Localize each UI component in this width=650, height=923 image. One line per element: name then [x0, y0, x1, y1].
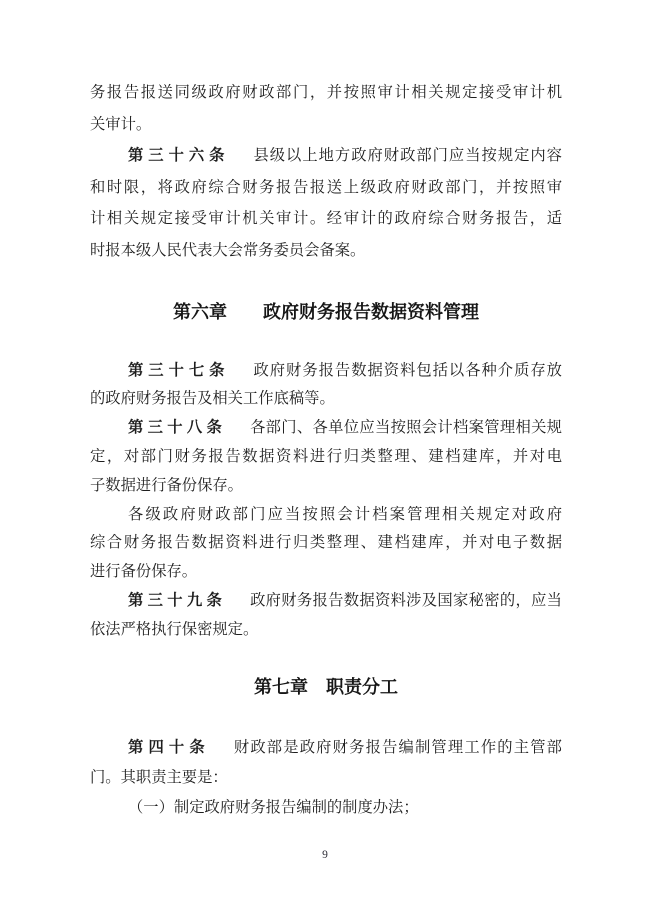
page-content: 务报告报送同级政府财政部门，并按照审计相关规定接受审计机 关审计。 第三十六条县…	[90, 77, 562, 823]
chapter-7-heading: 第七章 职责分工	[90, 675, 562, 699]
text-line: 第三十九条政府财务报告数据资料涉及国家秘密的，应当	[90, 587, 562, 616]
document-page: 务报告报送同级政府财政部门，并按照审计相关规定接受审计机 关审计。 第三十六条县…	[0, 0, 650, 923]
text-line: 依法严格执行保密规定。	[90, 616, 562, 645]
article-40-text: 财政部是政府财务报告编制管理工作的主管部	[234, 739, 562, 756]
text-line: 综合财务报告数据资料进行归类整理、建档建库，并对电子数据	[90, 529, 562, 558]
article-40-number: 第四十条	[128, 739, 210, 756]
article-39-text: 政府财务报告数据资料涉及国家秘密的，应当	[250, 592, 562, 609]
text-line: 第三十六条县级以上地方政府财政部门应当按规定内容	[90, 140, 562, 172]
text-line: 关审计。	[90, 109, 562, 141]
article-40-item-1: （一）制定政府财务报告编制的制度办法；	[90, 793, 562, 823]
text-line: 门。其职责主要是：	[90, 763, 562, 793]
text-line: 各级政府财政部门应当按照会计档案管理相关规定对政府	[90, 501, 562, 530]
text-line: 进行备份保存。	[90, 558, 562, 587]
text-line: 务报告报送同级政府财政部门，并按照审计相关规定接受审计机	[90, 77, 562, 109]
article-40: 第四十条财政部是政府财务报告编制管理工作的主管部 门。其职责主要是：	[90, 733, 562, 793]
article-37-text: 政府财务报告数据资料包括以各种介质存放	[253, 362, 562, 379]
text-line: 第三十七条政府财务报告数据资料包括以各种介质存放	[90, 357, 562, 386]
text-line: （一）制定政府财务报告编制的制度办法；	[90, 793, 562, 823]
article-36-text: 县级以上地方政府财政部门应当按规定内容	[253, 147, 562, 164]
chapter-6-heading: 第六章 政府财务报告数据资料管理	[90, 300, 562, 324]
text-line: 时报本级人民代表大会常务委员会备案。	[90, 235, 562, 267]
article-39: 第三十九条政府财务报告数据资料涉及国家秘密的，应当 依法严格执行保密规定。	[90, 587, 562, 645]
article-38-number: 第三十八条	[128, 419, 226, 436]
page-number: 9	[0, 849, 650, 861]
text-line: 的政府财务报告及相关工作底稿等。	[90, 385, 562, 414]
text-line: 第四十条财政部是政府财务报告编制管理工作的主管部	[90, 733, 562, 763]
text-line: 和时限，将政府综合财务报告报送上级政府财政部门，并按照审	[90, 172, 562, 204]
article-38-paragraph-2: 各级政府财政部门应当按照会计档案管理相关规定对政府 综合财务报告数据资料进行归类…	[90, 501, 562, 587]
text-line: 计相关规定接受审计机关审计。经审计的政府综合财务报告，适	[90, 203, 562, 235]
article-39-number: 第三十九条	[128, 592, 226, 609]
text-line: 定，对部门财务报告数据资料进行归类整理、建档建库，并对电	[90, 443, 562, 472]
article-37: 第三十七条政府财务报告数据资料包括以各种介质存放 的政府财务报告及相关工作底稿等…	[90, 357, 562, 415]
article-36: 第三十六条县级以上地方政府财政部门应当按规定内容 和时限，将政府综合财务报告报送…	[90, 140, 562, 266]
article-36-number: 第三十六条	[128, 147, 229, 164]
article-37-number: 第三十七条	[128, 362, 229, 379]
article-38: 第三十八条各部门、各单位应当按照会计档案管理相关规 定，对部门财务报告数据资料进…	[90, 414, 562, 500]
text-line: 第三十八条各部门、各单位应当按照会计档案管理相关规	[90, 414, 562, 443]
text-line: 子数据进行备份保存。	[90, 472, 562, 501]
article-38-text: 各部门、各单位应当按照会计档案管理相关规	[250, 419, 562, 436]
paragraph-continued: 务报告报送同级政府财政部门，并按照审计相关规定接受审计机 关审计。	[90, 77, 562, 140]
